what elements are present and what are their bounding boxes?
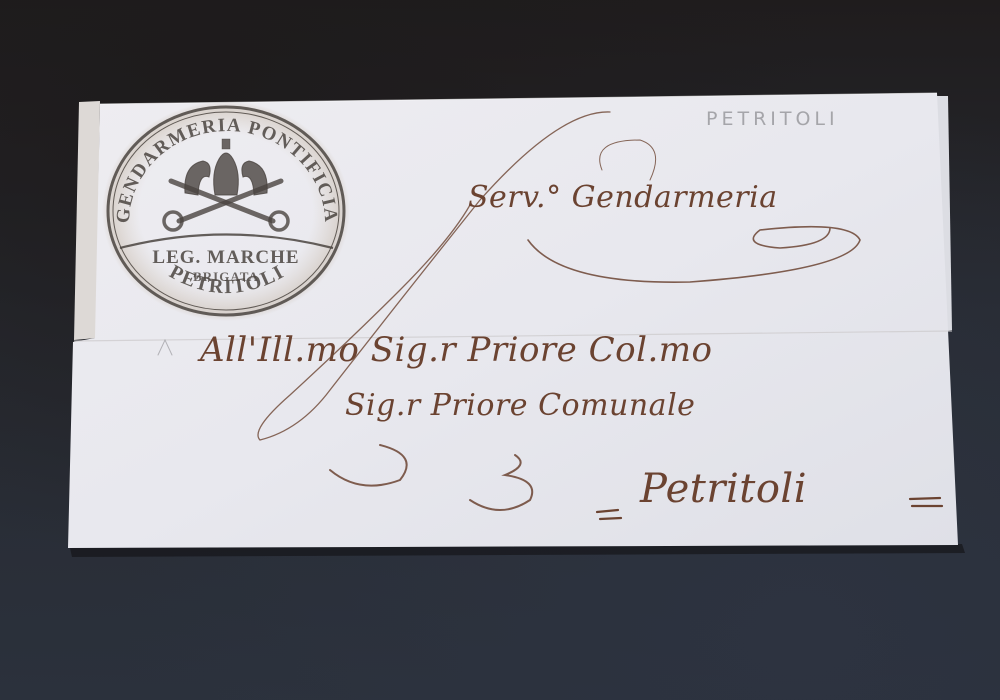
pencil-annotation: PETRITOLI [706, 108, 839, 130]
address-line-2: Sig.r Priore Comunale [345, 388, 695, 423]
gendarmeria-seal: GENDARMERIA PONTIFICIA LEG. MARCHE BRIGA… [103, 103, 349, 319]
address-line-1: All'Ill.mo Sig.r Priore Col.mo [200, 330, 712, 370]
sender-line: Serv.° Gendarmeria [468, 180, 778, 215]
papal-tiara-crossed-keys-icon [164, 139, 288, 230]
folded-letter: GENDARMERIA PONTIFICIA LEG. MARCHE BRIGA… [0, 0, 1000, 700]
destination-city: Petritoli [640, 466, 807, 512]
